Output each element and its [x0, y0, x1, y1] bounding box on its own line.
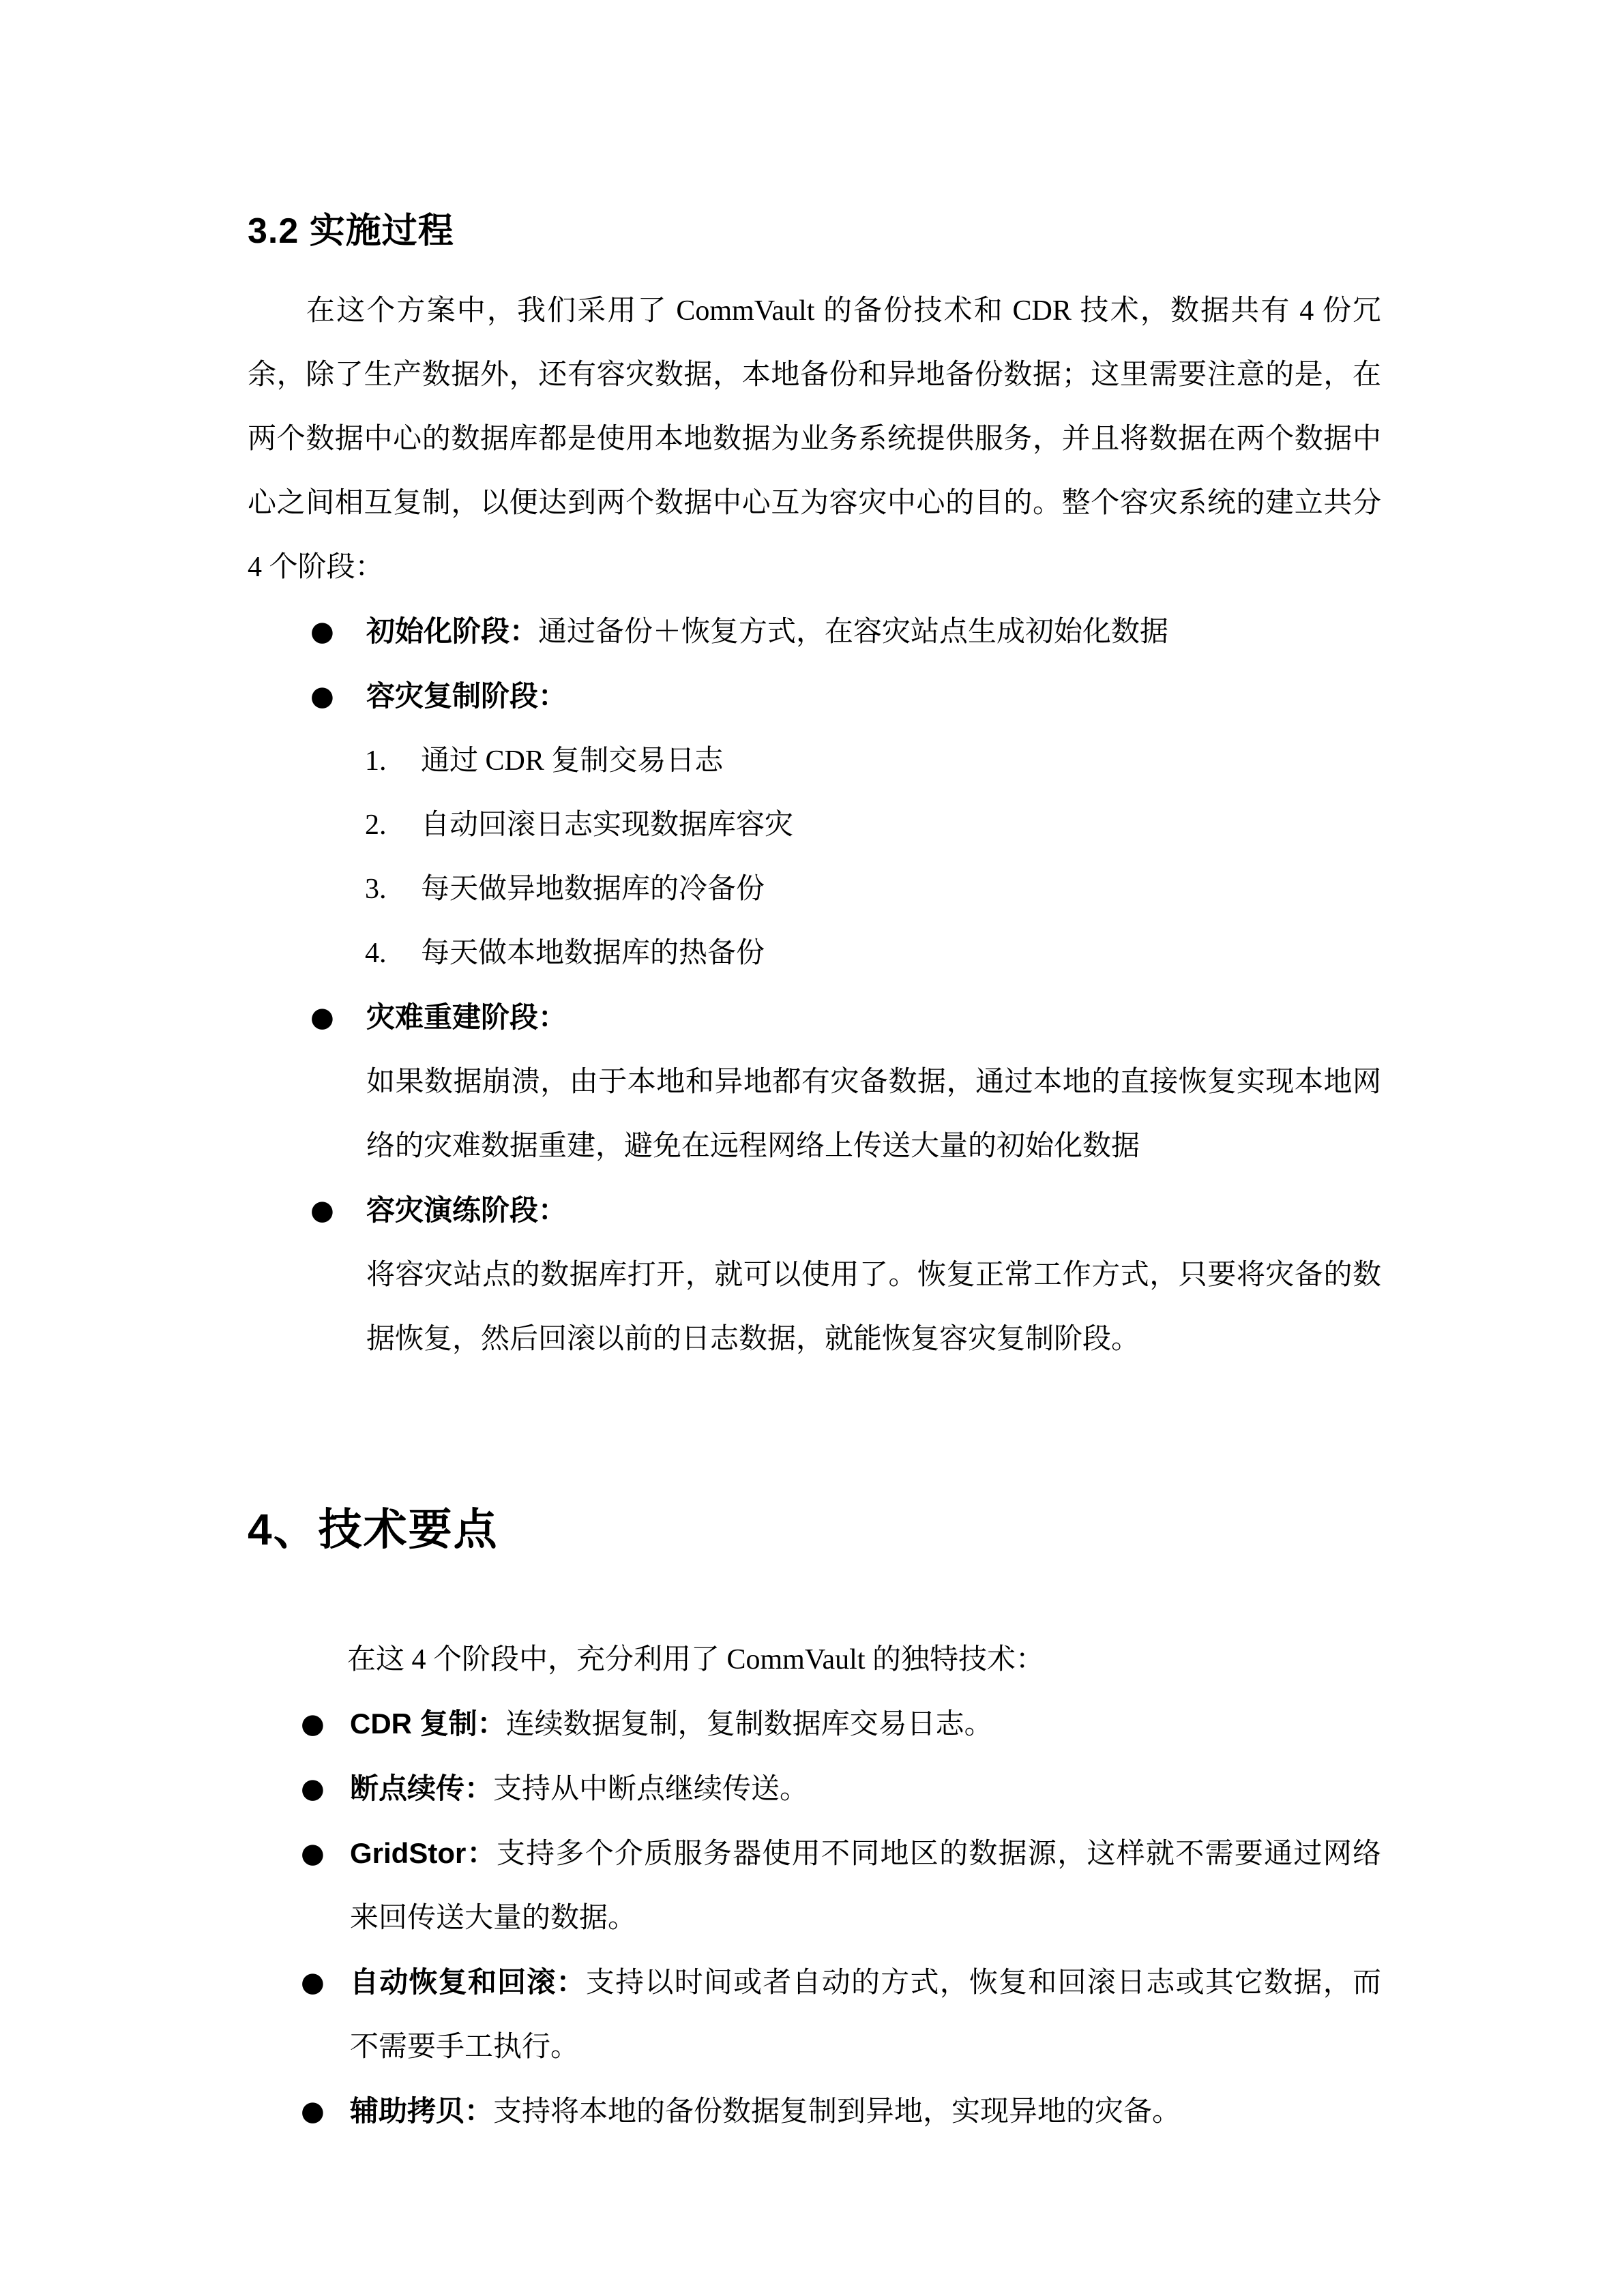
tech-text: 支持将本地的备份数据复制到异地，实现异地的灾备。 — [493, 2096, 1181, 2128]
stage-label: 容灾复制阶段： — [366, 680, 567, 712]
stage-text: 通过备份＋恢复方式，在容灾站点生成初始化数据 — [538, 616, 1168, 648]
step-text: 每天做异地数据库的冷备份 — [421, 874, 765, 905]
tech-label: 辅助拷贝： — [350, 2095, 493, 2127]
replication-step-2: 2. 自动回滚日志实现数据库容灾 — [248, 793, 1381, 857]
implementation-intro-paragraph: 在这个方案中，我们采用了 CommVault 的备份技术和 CDR 技术，数据共… — [248, 279, 1381, 599]
key-points-intro-paragraph: 在这 4 个阶段中，充分利用了 CommVault 的独特技术： — [248, 1628, 1381, 1692]
step-number: 2. — [365, 793, 387, 857]
tech-text: 支持多个介质服务器使用不同地区的数据源，这样就不需要通过网络来回传送大量的数据。 — [350, 1838, 1381, 1934]
bullet-icon: ● — [310, 1178, 334, 1242]
tech-label: 自动恢复和回滚： — [350, 1966, 586, 1998]
tech-bullet-gridstor: ● GridStor：支持多个介质服务器使用不同地区的数据源，这样就不需要通过网… — [248, 1821, 1381, 1950]
drill-stage-note: 将容灾站点的数据库打开，就可以使用了。恢复正常工作方式，只要将灾备的数据恢复，然… — [248, 1243, 1381, 1371]
document-page: 3.2 实施过程 在这个方案中，我们采用了 CommVault 的备份技术和 C… — [0, 0, 1624, 2296]
tech-bullet-resume: ● 断点续传：支持从中断点继续传送。 — [248, 1757, 1381, 1821]
stage-bullet-drill: ● 容灾演练阶段： — [248, 1178, 1381, 1243]
bullet-icon: ● — [310, 664, 334, 728]
bullet-icon: ● — [301, 1757, 325, 1821]
stage-label: 初始化阶段： — [366, 615, 538, 647]
document-content-column: 3.2 实施过程 在这个方案中，我们采用了 CommVault 的备份技术和 C… — [248, 0, 1381, 2144]
step-number: 3. — [365, 857, 387, 921]
tech-text: 连续数据复制，复制数据库交易日志。 — [506, 1709, 993, 1740]
tech-label: 断点续传： — [350, 1772, 493, 1804]
bullet-icon: ● — [301, 1692, 325, 1756]
replication-step-3: 3. 每天做异地数据库的冷备份 — [248, 857, 1381, 921]
bullet-icon: ● — [301, 2079, 325, 2143]
step-text: 每天做本地数据库的热备份 — [421, 938, 765, 969]
tech-bullet-auto-recover: ● 自动恢复和回滚：支持以时间或者自动的方式，恢复和回滚日志或其它数据，而不需要… — [248, 1950, 1381, 2079]
stage-bullet-replication: ● 容灾复制阶段： — [248, 664, 1381, 729]
step-text: 通过 CDR 复制交易日志 — [421, 745, 723, 777]
stage-bullet-init: ● 初始化阶段：通过备份＋恢复方式，在容灾站点生成初始化数据 — [248, 599, 1381, 664]
bullet-icon: ● — [301, 1950, 325, 2014]
stage-bullet-rebuild: ● 灾难重建阶段： — [248, 985, 1381, 1050]
step-text: 自动回滚日志实现数据库容灾 — [421, 809, 793, 841]
tech-label: CDR 复制： — [350, 1708, 506, 1740]
replication-step-1: 1. 通过 CDR 复制交易日志 — [248, 729, 1381, 793]
tech-bullet-cdr: ● CDR 复制：连续数据复制，复制数据库交易日志。 — [248, 1692, 1381, 1757]
bullet-icon: ● — [310, 985, 334, 1049]
bullet-icon: ● — [301, 1821, 325, 1885]
rebuild-stage-note: 如果数据崩溃，由于本地和异地都有灾备数据，通过本地的直接恢复实现本地网络的灾难数… — [248, 1050, 1381, 1178]
stage-label: 灾难重建阶段： — [366, 1001, 567, 1033]
step-number: 4. — [365, 921, 387, 985]
tech-text: 支持从中断点继续传送。 — [493, 1774, 808, 1805]
section-3-2-heading: 3.2 实施过程 — [248, 208, 1381, 254]
bullet-icon: ● — [310, 599, 334, 664]
replication-step-4: 4. 每天做本地数据库的热备份 — [248, 921, 1381, 985]
section-4-heading: 4、技术要点 — [248, 1502, 1381, 1557]
tech-bullet-aux-copy: ● 辅助拷贝：支持将本地的备份数据复制到异地，实现异地的灾备。 — [248, 2079, 1381, 2144]
stage-label: 容灾演练阶段： — [366, 1194, 567, 1226]
tech-label: GridStor： — [350, 1837, 497, 1869]
step-number: 1. — [365, 729, 387, 793]
